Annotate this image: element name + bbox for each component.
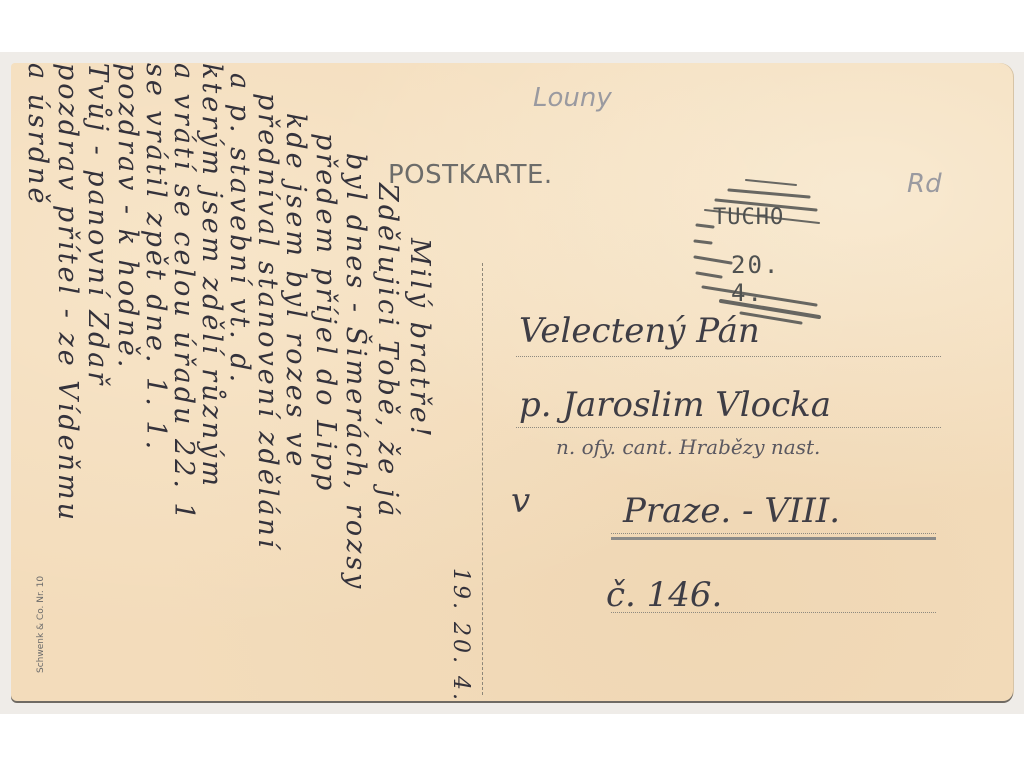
postkarte-heading: POSTKARTE.: [388, 160, 553, 190]
message-line: byl dnes - Šimerách, rozsy: [340, 153, 371, 591]
pencil-note-price: Rd: [907, 169, 942, 199]
message-line: Milý bratře!: [404, 238, 435, 440]
message-line: a vrátí se celou úřadu 22. 1: [168, 63, 199, 523]
postmark-date: 20. 4.: [731, 251, 826, 307]
postmark-town: TUCHO: [713, 205, 784, 230]
message-line: kde jsem byl rozes ve: [280, 113, 311, 469]
address-line-4: [611, 612, 936, 613]
publisher-imprint: Schwenk & Co. Nr. 10: [36, 576, 46, 673]
message-date: 19. 20. 4.: [448, 568, 473, 703]
postcard: POSTKARTE. Louny Rd TUCHO 20. 4. Velecte…: [11, 63, 1013, 701]
message-line: a p. stavební vt. d.: [224, 73, 255, 385]
message-line: předníval stanovení zdělání: [252, 93, 283, 551]
postmark-stamp: TUCHO 20. 4.: [691, 175, 826, 325]
message-line: Zdělujici Tobě, že já: [372, 183, 403, 519]
message-line: pozdrav přítel - ze Vídeňmu: [52, 63, 83, 523]
message-line: se vrátil zpět dne. 1. 1.: [140, 63, 171, 452]
message-line: Tvůj - panovní Zdař: [82, 63, 113, 387]
message-address-divider: [482, 263, 483, 695]
address-line-2: [516, 427, 941, 428]
message-line: kterým jsem zdělí různým: [196, 63, 227, 489]
address-name: p. Jaroslim Vlocka: [519, 385, 831, 425]
address-salutation: Velectený Pán: [519, 311, 760, 351]
address-city-underline: [611, 537, 936, 540]
address-line-1: [516, 356, 941, 357]
message-line: a úsrdně: [22, 63, 53, 206]
address-city: Praze. - VIII.: [623, 491, 840, 531]
message-line: pozdrav - k hodně.: [112, 63, 143, 370]
address-number: č. 146.: [606, 575, 722, 615]
address-occupation: n. ofy. cant. Hrabězy nast.: [556, 435, 820, 459]
message-line: předem příjel do Lipp: [310, 133, 341, 493]
address-prefix: v: [511, 481, 530, 521]
pencil-note-place: Louny: [533, 83, 612, 113]
address-line-3: [611, 533, 936, 534]
